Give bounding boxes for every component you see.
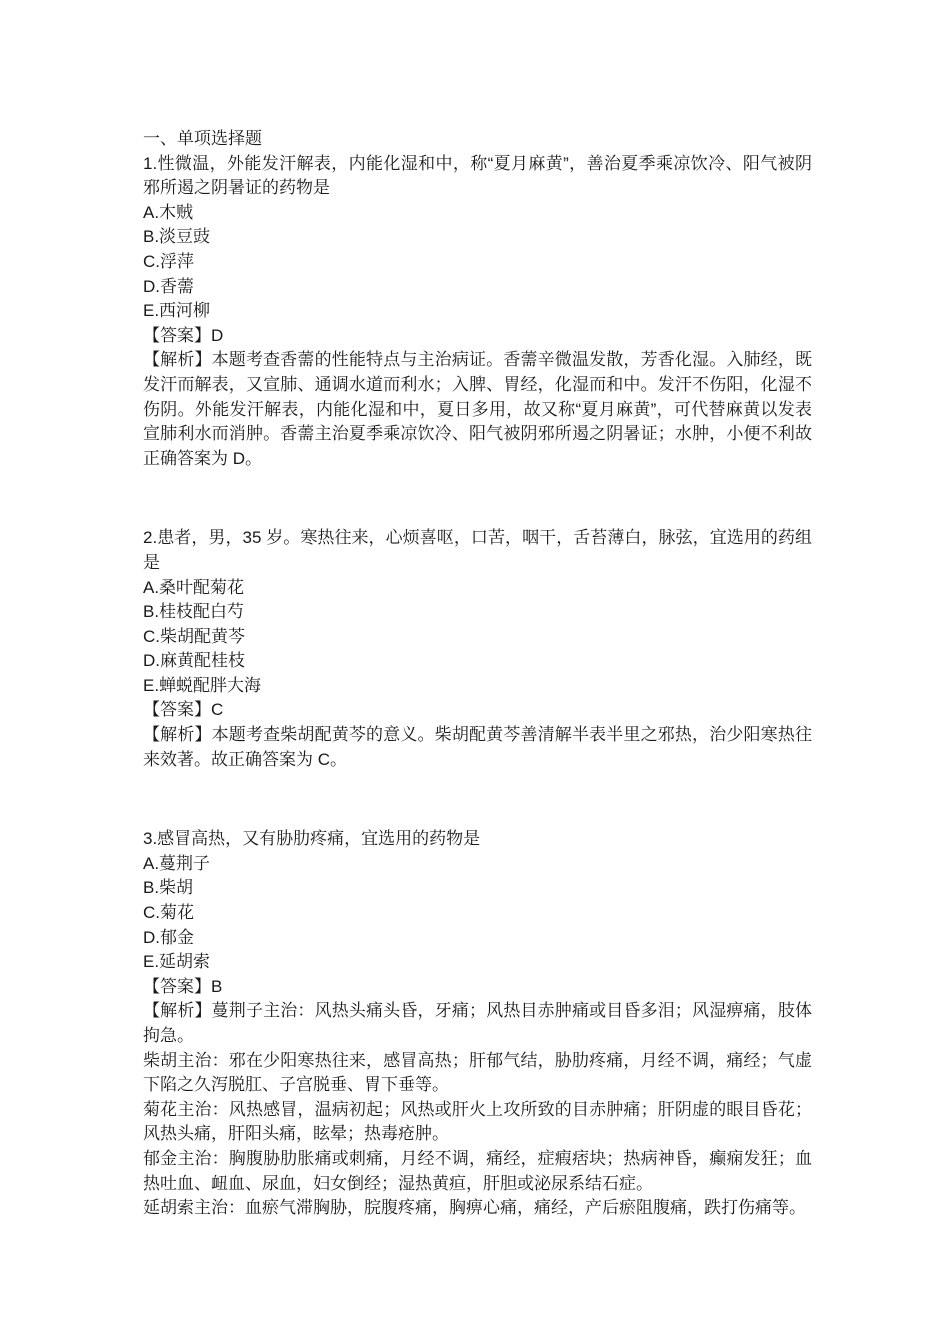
- option-b: B.淡豆豉: [143, 225, 812, 250]
- option-a: A.木贼: [143, 201, 812, 226]
- section-title: 一、单项选择题: [143, 127, 812, 152]
- analysis-paragraph-2: 柴胡主治：邪在少阳寒热往来，感冒高热；肝郁气结，胁肋疼痛，月经不调，痛经；气虚下…: [143, 1049, 812, 1098]
- option-b: B.桂枝配白芍: [143, 600, 812, 625]
- question-stem: 3.感冒高热，又有胁肋疼痛，宜选用的药物是: [143, 827, 812, 852]
- answer-line: 【答案】B: [143, 975, 812, 1000]
- option-c: C.浮萍: [143, 250, 812, 275]
- answer-line: 【答案】D: [143, 324, 812, 349]
- analysis-paragraph: 【解析】本题考查柴胡配黄芩的意义。柴胡配黄芩善清解半表半里之邪热，治少阳寒热往来…: [143, 723, 812, 772]
- question-block-2: 2.患者，男，35 岁。寒热往来，心烦喜呕，口苦，咽干，舌苔薄白，脉弦，宜选用的…: [143, 526, 812, 772]
- analysis-paragraph: 【解析】本题考查香薷的性能特点与主治病证。香薷辛微温发散，芳香化湿。入肺经，既发…: [143, 348, 812, 471]
- option-d: D.郁金: [143, 926, 812, 951]
- option-d: D.麻黄配桂枝: [143, 649, 812, 674]
- option-c: C.柴胡配黄芩: [143, 625, 812, 650]
- analysis-paragraph-3: 菊花主治：风热感冒，温病初起；风热或肝火上攻所致的目赤肿痛；肝阴虚的眼目昏花；风…: [143, 1098, 812, 1147]
- question-block-3: 3.感冒高热，又有胁肋疼痛，宜选用的药物是 A.蔓荆子 B.柴胡 C.菊花 D.…: [143, 827, 812, 1221]
- analysis-paragraph-4: 郁金主治：胸腹胁肋胀痛或刺痛，月经不调，痛经，症瘕痞块；热病神昏，癫痫发狂；血热…: [143, 1147, 812, 1196]
- option-a: A.蔓荆子: [143, 852, 812, 877]
- option-d: D.香薷: [143, 275, 812, 300]
- analysis-paragraph-1: 【解析】蔓荆子主治：风热头痛头昏，牙痛；风热目赤肿痛或目昏多泪；风湿痹痛，肢体拘…: [143, 999, 812, 1048]
- blank-space: [143, 471, 812, 526]
- option-b: B.柴胡: [143, 876, 812, 901]
- option-e: E.西河柳: [143, 299, 812, 324]
- option-c: C.菊花: [143, 901, 812, 926]
- option-e: E.蝉蜕配胖大海: [143, 674, 812, 699]
- document-page: 一、单项选择题 1.性微温，外能发汗解表，内能化湿和中，称“夏月麻黄”，善治夏季…: [0, 0, 950, 1344]
- question-stem: 2.患者，男，35 岁。寒热往来，心烦喜呕，口苦，咽干，舌苔薄白，脉弦，宜选用的…: [143, 526, 812, 575]
- question-block-1: 1.性微温，外能发汗解表，内能化湿和中，称“夏月麻黄”，善治夏季乘凉饮冷、阳气被…: [143, 152, 812, 472]
- analysis-paragraph-5: 延胡索主治：血瘀气滞胸胁，脘腹疼痛，胸痹心痛，痛经，产后瘀阻腹痛，跌打伤痛等。: [143, 1196, 812, 1221]
- option-e: E.延胡索: [143, 950, 812, 975]
- question-stem: 1.性微温，外能发汗解表，内能化湿和中，称“夏月麻黄”，善治夏季乘凉饮冷、阳气被…: [143, 152, 812, 201]
- document-content: 一、单项选择题 1.性微温，外能发汗解表，内能化湿和中，称“夏月麻黄”，善治夏季…: [143, 127, 812, 1221]
- option-a: A.桑叶配菊花: [143, 576, 812, 601]
- answer-line: 【答案】C: [143, 698, 812, 723]
- blank-space: [143, 772, 812, 827]
